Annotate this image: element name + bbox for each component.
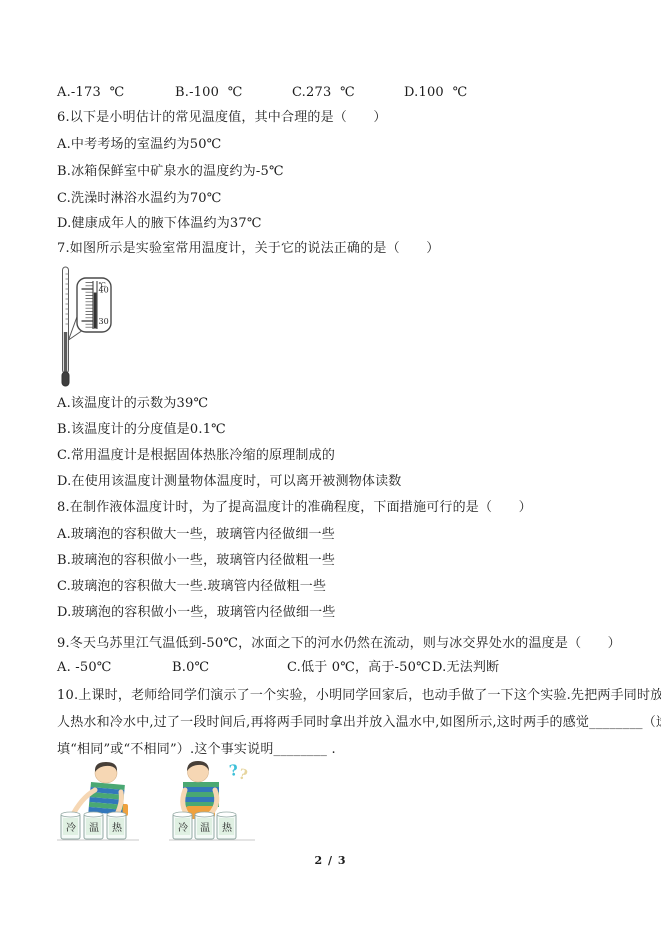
- q9-stem: 9.冬天乌苏里江气温低到-50℃，冰面之下的河水仍然在流动，则与冰交界处水的温度…: [57, 636, 637, 652]
- page-number: 2 / 3: [0, 854, 661, 867]
- q9-option-c: C.低于 0℃，高于-50℃: [287, 660, 431, 676]
- q8-option-d: D.玻璃泡的容积做小一些，玻璃管内径做细一些: [57, 605, 637, 621]
- cup-hot-label-1: 热: [112, 821, 123, 834]
- cup-cold-label-2: 冷: [178, 821, 188, 834]
- document-page: A.-173 ℃ B.-100 ℃ C.273 ℃ D.100 ℃ 6.以下是小…: [0, 0, 661, 935]
- q8-option-a: A.玻璃泡的容积做大一些，玻璃管内径做细一些: [57, 527, 637, 543]
- q5-option-b: B.-100 ℃: [175, 85, 243, 101]
- q8-option-b: B.玻璃泡的容积做小一些，玻璃管内径做粗一些: [57, 553, 637, 569]
- q9-option-b: B.0℃: [172, 660, 209, 676]
- callout-mercury: [94, 293, 97, 329]
- callout-lower-mark: 30: [99, 317, 109, 326]
- q6-option-d: D.健康成年人的腋下体温约为37℃: [57, 216, 637, 232]
- q7-stem: 7.如图所示是实验室常用温度计，关于它的说法正确的是（ ）: [57, 241, 637, 257]
- q6-option-b: B.冰箱保鲜室中矿泉水的温度约为-5℃: [57, 164, 637, 180]
- cup-warm-label-2: 温: [200, 822, 210, 834]
- q10-text-line-2: 人热水和冷水中,过了一段时间后,再将两手同时拿出并放入温水中,如图所示,这时两手…: [57, 715, 637, 731]
- experiment-figure: ? ? 冷 温 热 冷 温: [57, 760, 257, 848]
- q7-option-a: A.该温度计的示数为39℃: [57, 396, 637, 412]
- boy2-striped-shirt: [183, 782, 219, 807]
- cup-hot-label-2: 热: [222, 821, 233, 834]
- cups-set-1: 冷 温 热: [61, 812, 126, 839]
- thermometer-bulb: [62, 372, 69, 386]
- q10-text-line-3: 填“相同”或“不相同”）.这个事实说明________ .: [57, 742, 637, 758]
- boy-figure-2: ? ?: [183, 761, 249, 819]
- q10-text-line-1: 10.上课时，老师给同学们演示了一个实验，小明同学回家后，也动手做了一下这个实验…: [57, 688, 637, 704]
- q5-option-d: D.100 ℃: [404, 85, 467, 101]
- boy-figure-1: [71, 762, 128, 818]
- q6-option-c: C.洗澡时淋浴水温约为70℃: [57, 191, 637, 207]
- q7-option-b: B.该温度计的分度值是0.1℃: [57, 422, 637, 438]
- cup-cold-label-1: 冷: [66, 821, 76, 834]
- q8-stem: 8.在制作液体温度计时，为了提高温度计的准确程度，下面措施可行的是（ ）: [57, 500, 637, 516]
- question-mark-icon: ?: [228, 761, 239, 780]
- q5-option-c: C.273 ℃: [292, 85, 355, 101]
- thermometer-mercury-column: [64, 332, 67, 373]
- callout-upper-mark: 40: [99, 286, 109, 295]
- q7-option-c: C.常用温度计是根据固体热胀冷缩的原理制成的: [57, 448, 637, 464]
- thermometer-figure: ℃ 40 30: [55, 264, 150, 392]
- q7-option-d: D.在使用该温度计测量物体温度时，可以离开被测物体读数: [57, 474, 637, 490]
- q5-option-a: A.-173 ℃: [57, 85, 124, 101]
- q6-option-a: A.中考考场的室温约为50℃: [57, 137, 637, 153]
- cups-set-2: 冷 温 热: [173, 812, 236, 839]
- q6-stem: 6.以下是小明估计的常见温度值，其中合理的是（ ）: [57, 110, 637, 126]
- question-mark-shadow: ?: [237, 766, 249, 784]
- q9-option-a: A. -50℃: [57, 660, 112, 676]
- q8-option-c: C.玻璃泡的容积做大一些.玻璃管内径做粗一些: [57, 579, 637, 595]
- q9-option-d: D.无法判断: [432, 660, 499, 676]
- cup-warm-label-1: 温: [89, 822, 99, 834]
